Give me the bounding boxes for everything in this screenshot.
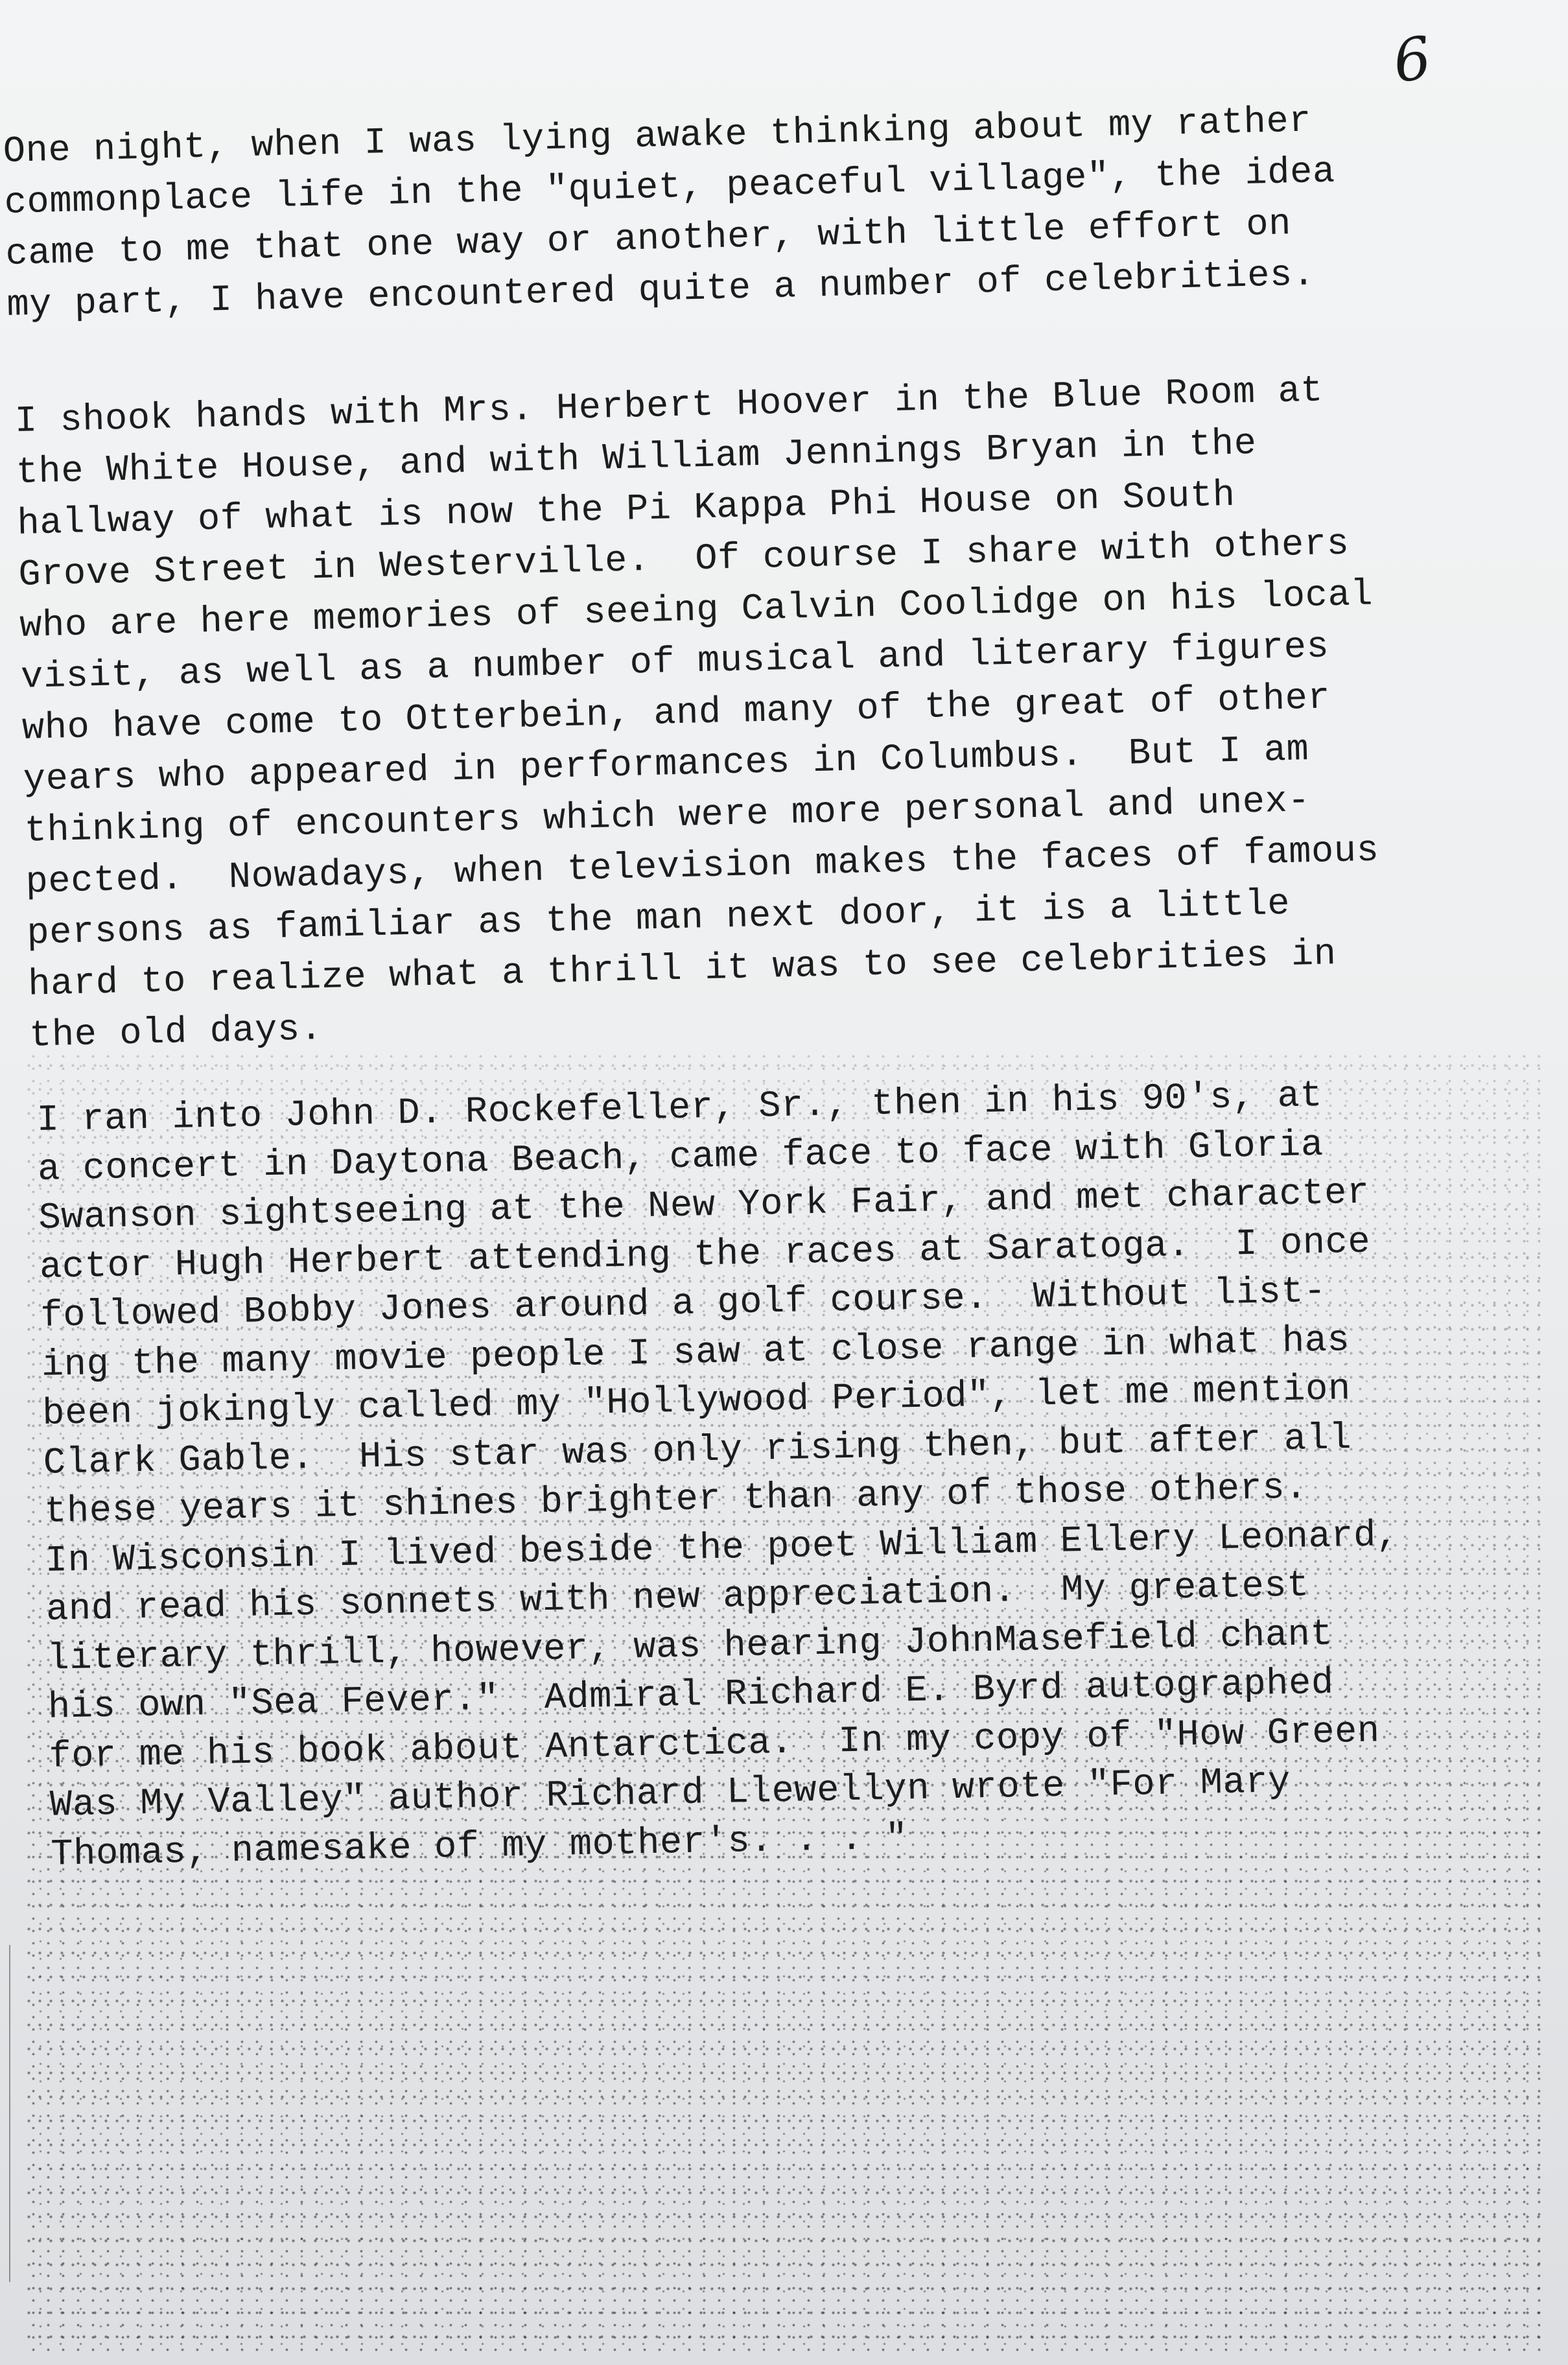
paragraph-encounters: I shook hands with Mrs. Herbert Hoover i… <box>14 365 1383 1063</box>
typewritten-page: 6 One night, when I was lying awake thin… <box>0 0 1568 2365</box>
paragraph-intro: One night, when I was lying awake thinki… <box>3 96 1338 332</box>
paragraph-celebrities: I ran into John D. Rockefeller, Sr., the… <box>36 1071 1405 1880</box>
document-body: One night, when I was lying awake thinki… <box>0 0 1568 2365</box>
